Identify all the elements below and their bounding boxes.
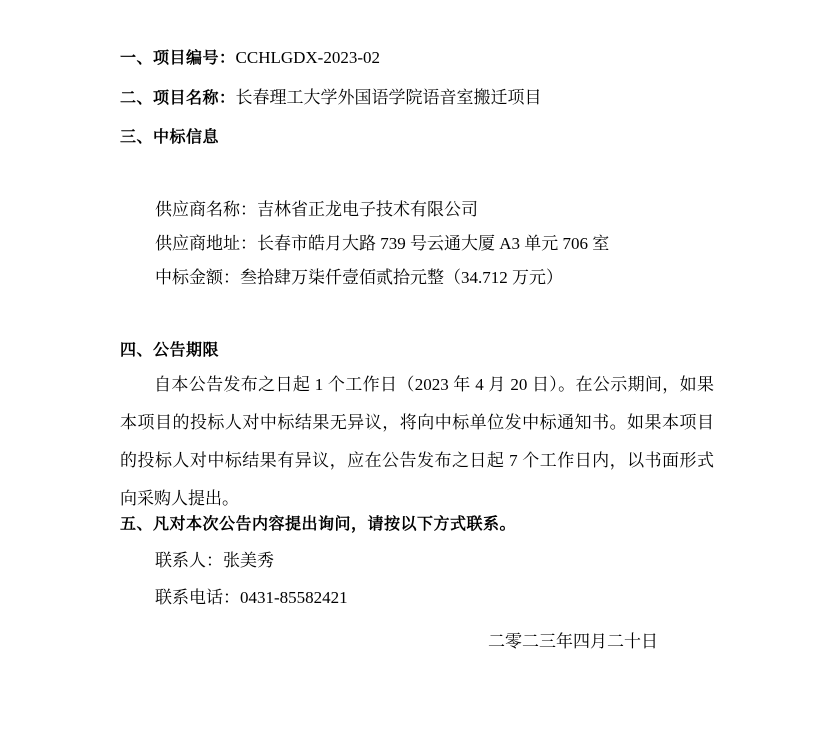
notice-period-heading: 四、公告期限: [120, 341, 219, 360]
project-number-value: CCHLGDX-2023-02: [236, 48, 381, 67]
award-amount: 中标金额：叁拾肆万柒仟壹佰贰拾元整（34.712 万元）: [155, 268, 563, 287]
project-name-line: 二、项目名称：长春理工大学外国语学院语音室搬迁项目: [120, 88, 542, 108]
award-info-heading: 三、中标信息: [120, 128, 219, 147]
supplier-name: 供应商名称：吉林省正龙电子技术有限公司: [155, 200, 478, 219]
project-number-line: 一、项目编号：CCHLGDX-2023-02: [120, 48, 380, 68]
project-number-label: 一、项目编号：: [120, 50, 236, 67]
contact-heading: 五、凡对本次公告内容提出询问，请按以下方式联系。: [120, 515, 516, 534]
document-page: 一、项目编号：CCHLGDX-2023-02 二、项目名称：长春理工大学外国语学…: [0, 0, 833, 732]
document-date: 二零二三年四月二十日: [488, 632, 658, 651]
project-name-label: 二、项目名称：: [120, 90, 236, 107]
supplier-address: 供应商地址：长春市皓月大路 739 号云通大厦 A3 单元 706 室: [155, 234, 609, 253]
contact-phone: 联系电话：0431-85582421: [155, 588, 348, 607]
notice-period-body: 自本公告发布之日起 1 个工作日（2023 年 4 月 20 日）。在公示期间，…: [120, 366, 714, 518]
project-name-value: 长春理工大学外国语学院语音室搬迁项目: [236, 88, 542, 107]
contact-person: 联系人：张美秀: [155, 551, 274, 570]
